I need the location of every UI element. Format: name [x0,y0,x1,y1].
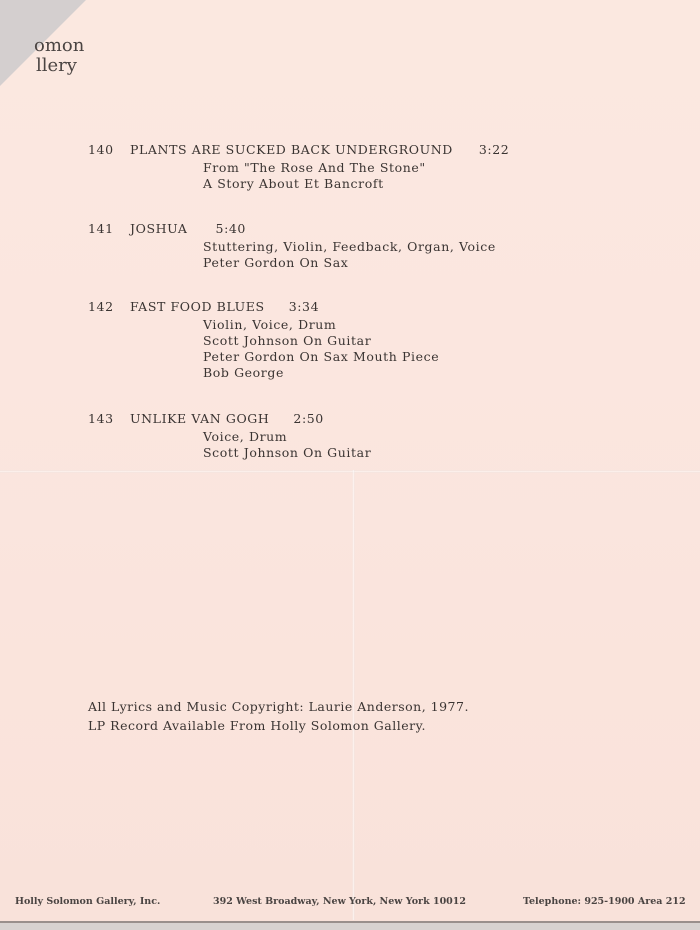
track-number: 142 [88,299,114,314]
footer-telephone: Telephone: 925-1900 Area 212 [523,896,686,907]
track-duration: 5:40 [216,221,246,236]
footer-company: Holly Solomon Gallery, Inc. [15,896,160,907]
credit-line: Peter Gordon On Sax [203,255,496,271]
credit-line: Scott Johnson On Guitar [203,445,371,461]
gallery-logo: omon llery [26,36,84,76]
credit-line: Scott Johnson On Guitar [203,333,439,349]
copyright-line: All Lyrics and Music Copyright: Laurie A… [88,697,469,716]
track-duration: 3:34 [289,299,319,314]
track-number: 141 [88,221,114,236]
credit-line: Voice, Drum [203,429,371,445]
track-duration: 3:22 [479,142,509,157]
track-number: 140 [88,142,114,157]
track-credits: From "The Rose And The Stone" A Story Ab… [203,160,426,192]
track-title: PLANTS ARE SUCKED BACK UNDERGROUND [130,142,453,157]
track-title: UNLIKE VAN GOGH [130,411,269,426]
track-title: JOSHUA [130,221,188,236]
credit-line: A Story About Et Bancroft [203,176,426,192]
credit-line: Violin, Voice, Drum [203,317,439,333]
track-title-line: PLANTS ARE SUCKED BACK UNDERGROUND3:22 [130,142,509,157]
logo-line-1: omon [26,36,84,56]
credit-line: Stuttering, Violin, Feedback, Organ, Voi… [203,239,496,255]
track-title: FAST FOOD BLUES [130,299,265,314]
fold-crease-vertical [352,470,355,920]
track-credits: Violin, Voice, Drum Scott Johnson On Gui… [203,317,439,381]
credit-line: From "The Rose And The Stone" [203,160,426,176]
paper-bottom-edge [0,921,700,923]
logo-line-2: llery [26,56,84,76]
track-number: 143 [88,411,114,426]
track-title-line: JOSHUA5:40 [130,221,246,236]
credit-line: Bob George [203,365,439,381]
availability-line: LP Record Available From Holly Solomon G… [88,716,469,735]
copyright-notice: All Lyrics and Music Copyright: Laurie A… [88,697,469,735]
paper-sheet [0,0,700,922]
credit-line: Peter Gordon On Sax Mouth Piece [203,349,439,365]
fold-crease-horizontal [0,470,700,473]
track-title-line: FAST FOOD BLUES3:34 [130,299,319,314]
footer-address: 392 West Broadway, New York, New York 10… [213,896,466,907]
track-credits: Stuttering, Violin, Feedback, Organ, Voi… [203,239,496,271]
track-duration: 2:50 [293,411,323,426]
track-credits: Voice, Drum Scott Johnson On Guitar [203,429,371,461]
track-title-line: UNLIKE VAN GOGH2:50 [130,411,324,426]
